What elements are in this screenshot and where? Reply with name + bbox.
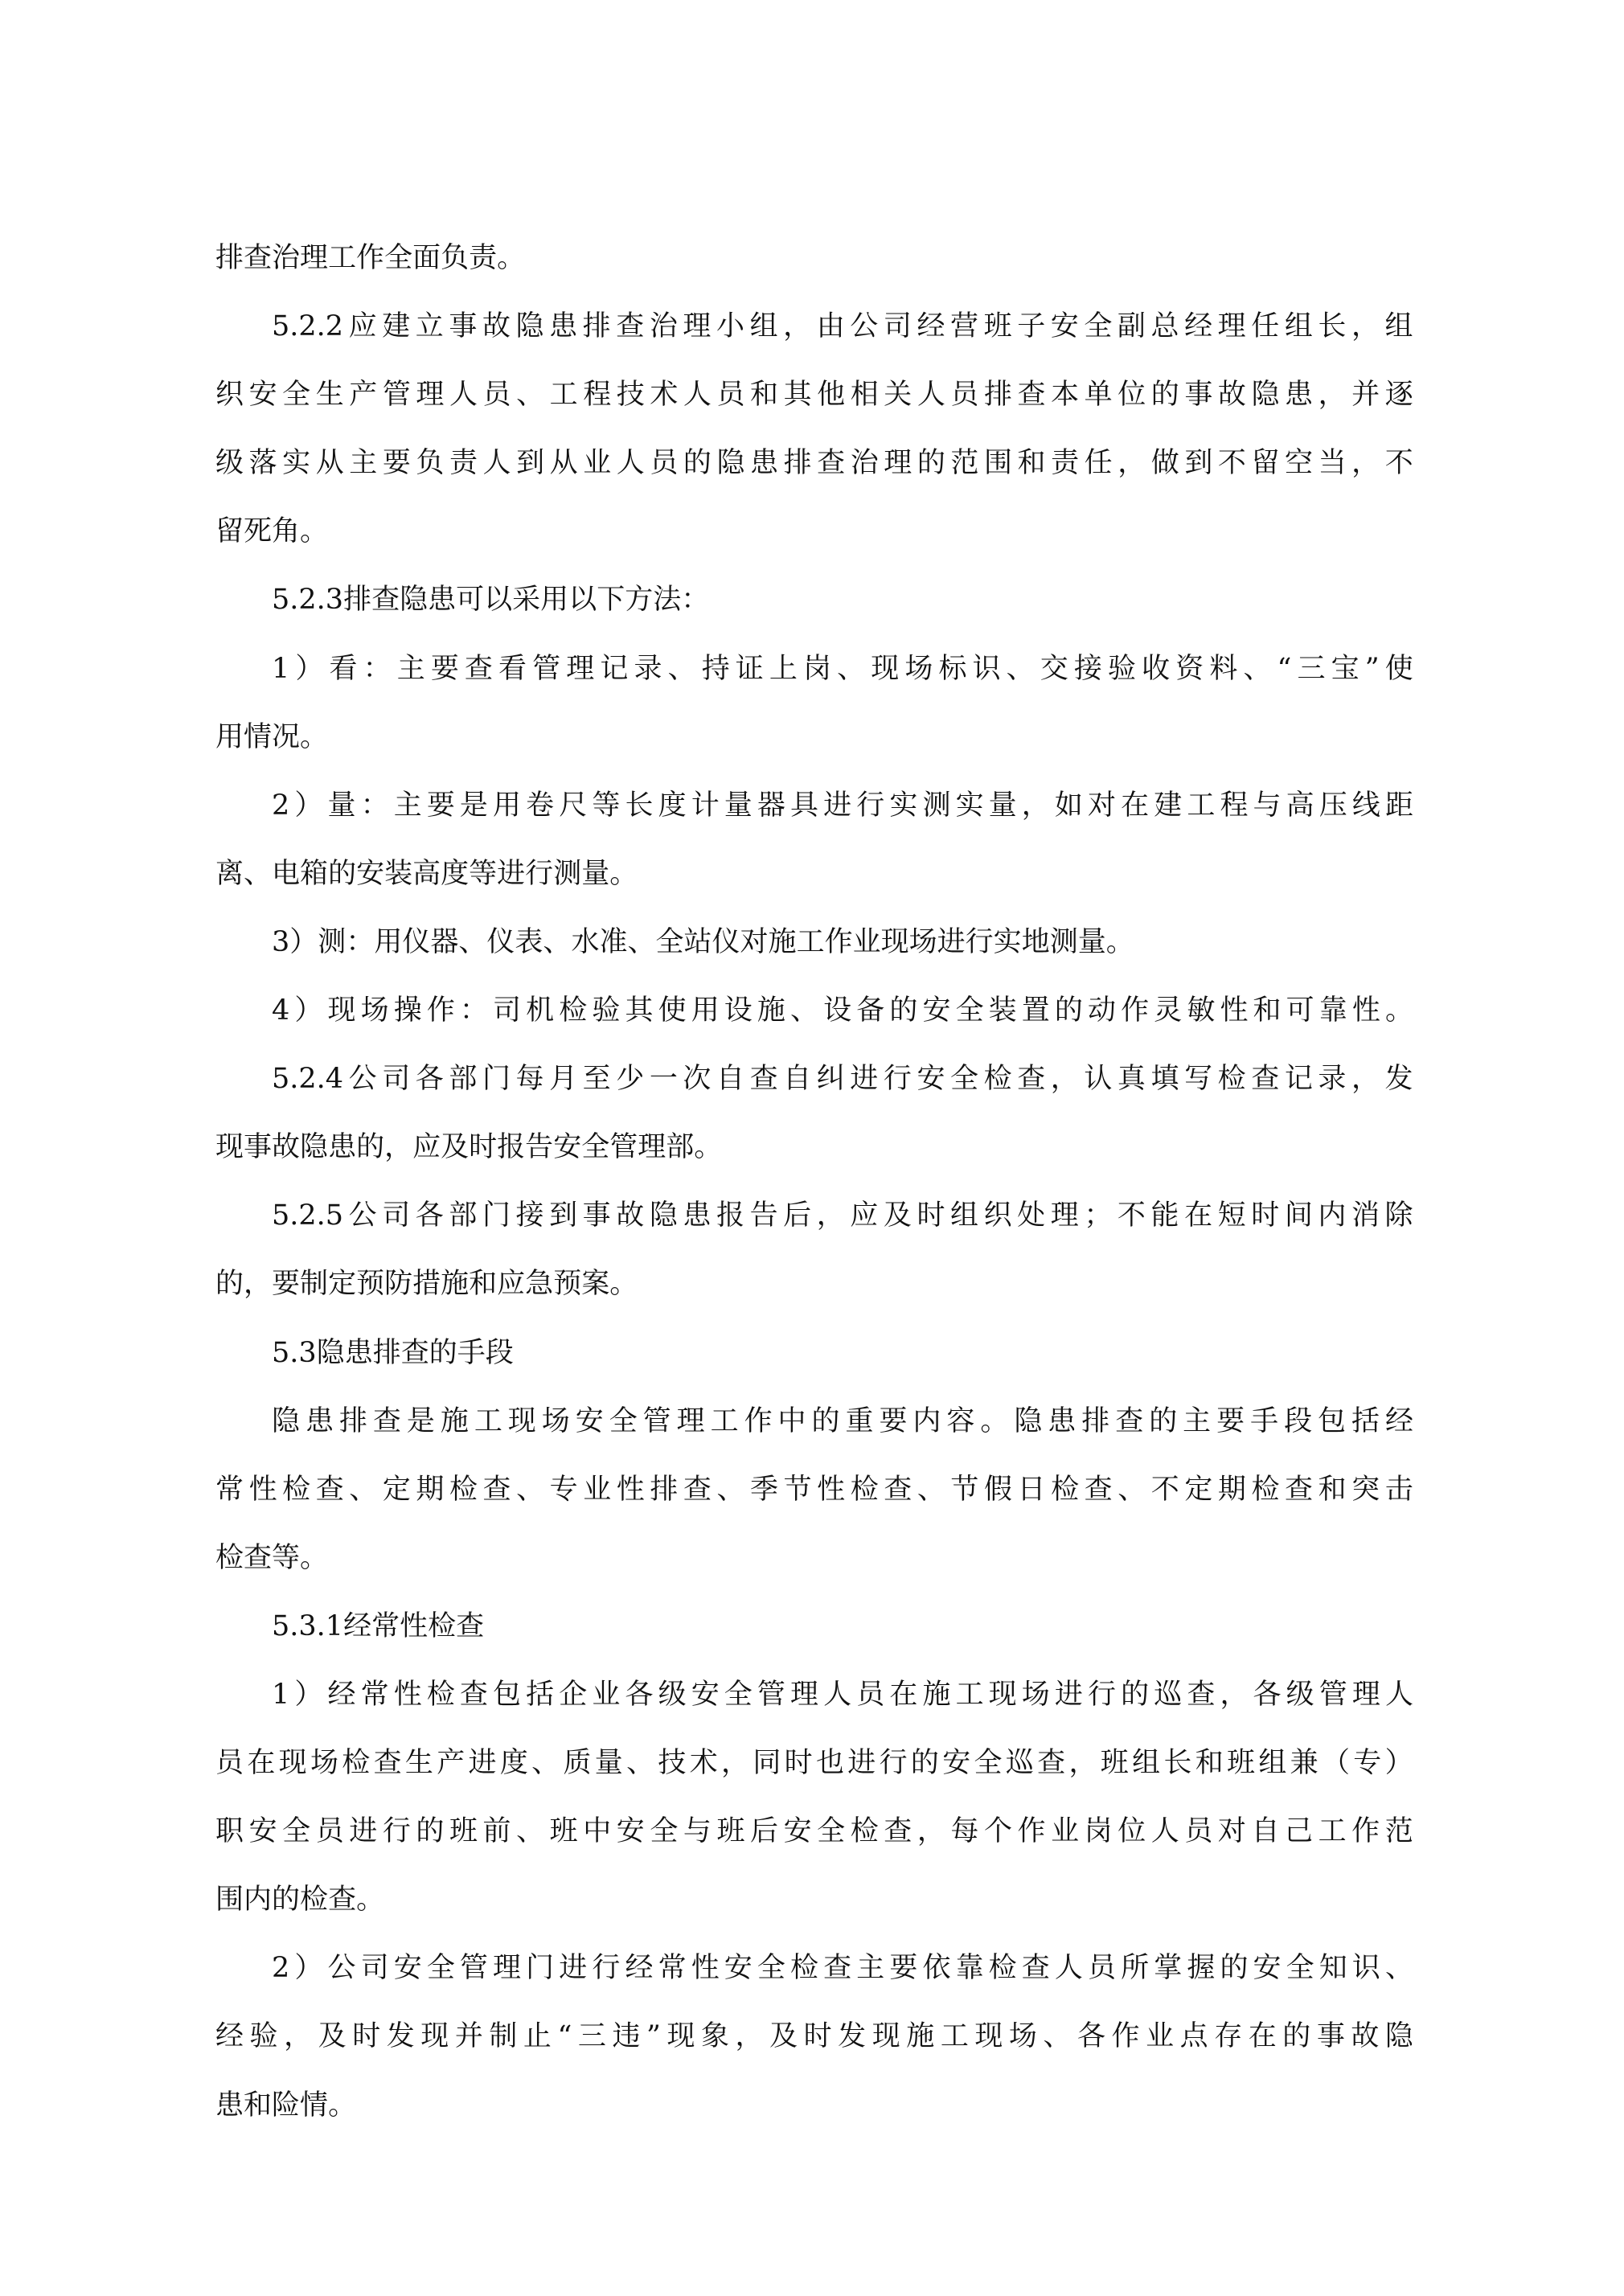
glyph: 自 [716, 1054, 744, 1122]
glyph: 量 [724, 781, 753, 849]
glyph: 部 [666, 1122, 694, 1191]
glyph: 术 [690, 1738, 718, 1806]
glyph: 隐 [1014, 1396, 1042, 1465]
glyph: 、 [837, 644, 865, 712]
glyph: 进 [1055, 1670, 1083, 1738]
glyph: 的 [917, 438, 945, 506]
glyph: 工 [550, 370, 578, 438]
glyph: 施 [922, 1670, 950, 1738]
glyph: 隐 [716, 438, 744, 506]
glyph: 查 [316, 1465, 344, 1533]
glyph: 是 [460, 781, 488, 849]
glyph: 实 [956, 781, 984, 849]
glyph: 仪 [486, 917, 515, 986]
glyph: 5.3.1 [272, 1601, 343, 1670]
glyph: 安 [249, 1806, 277, 1875]
glyph: 记 [1285, 1054, 1313, 1122]
glyph: 进 [497, 849, 525, 917]
glyph: 业 [583, 1465, 611, 1533]
glyph: 查 [374, 1738, 402, 1806]
glyph: 机 [526, 986, 554, 1054]
glyph: 实 [889, 781, 917, 849]
glyph: 患 [306, 1396, 334, 1465]
glyph: 排 [784, 438, 812, 506]
glyph: 时 [917, 1191, 945, 1259]
glyph: 场 [310, 1738, 338, 1806]
glyph: 内 [912, 1396, 941, 1465]
glyph: 患 [428, 575, 456, 643]
glyph: 以 [484, 575, 512, 643]
glyph: 验 [250, 2011, 278, 2080]
glyph: 。 [694, 1122, 722, 1191]
glyph: 宝 [1331, 644, 1359, 712]
glyph: 纠 [817, 1054, 845, 1122]
glyph: 到 [549, 1191, 577, 1259]
glyph: 作 [1351, 1806, 1380, 1875]
glyph: 三 [578, 2011, 606, 2080]
glyph: 各 [1253, 1670, 1282, 1738]
text-line: 织安全生产管理人员、工程技术人员和其他相关人员排查本单位的事故隐患，并逐 [215, 370, 1413, 438]
glyph: ， [917, 1806, 945, 1875]
glyph: 的 [1149, 1396, 1177, 1465]
glyph: 检 [1251, 1465, 1279, 1533]
list-item-line: 4）现场操作：司机检验其使用设施、设备的安全装置的动作灵敏性和可靠性。 [215, 986, 1413, 1054]
glyph: 使 [658, 986, 687, 1054]
glyph: 检 [559, 986, 587, 1054]
glyph: 和 [1318, 1465, 1347, 1533]
glyph: “ [557, 2011, 572, 2080]
text-line: 隐患排查是施工现场安全管理工作中的重要内容。隐患排查的主要手段包括经 [215, 1396, 1413, 1465]
glyph: 查 [683, 1465, 712, 1533]
glyph: 现 [871, 644, 899, 712]
glyph: ： [346, 917, 374, 986]
glyph: 接 [1074, 644, 1102, 712]
glyph: 班 [1101, 1738, 1129, 1806]
glyph: 副 [1118, 301, 1146, 370]
glyph: ， [244, 1259, 272, 1327]
glyph: 死 [244, 506, 272, 575]
glyph: 备 [856, 986, 884, 1054]
glyph: 存 [1214, 2011, 1242, 2080]
glyph: 真 [1118, 1054, 1146, 1122]
section-heading: 5.3隐患排查的手段 [215, 1328, 1413, 1396]
glyph: 前 [483, 1806, 511, 1875]
glyph: 作 [1121, 986, 1149, 1054]
glyph: ” [1365, 644, 1380, 712]
glyph: 查 [373, 1396, 401, 1465]
text-line: 留死角。 [215, 506, 1413, 575]
glyph: 空 [1285, 438, 1313, 506]
glyph: 技 [658, 1738, 686, 1806]
glyph: 主 [394, 781, 422, 849]
glyph: 、 [668, 644, 696, 712]
glyph: ， [736, 2011, 764, 2080]
glyph: 不 [1151, 1465, 1179, 1533]
glyph: 巡 [1006, 1738, 1034, 1806]
glyph: 患 [1285, 370, 1313, 438]
glyph: 理 [638, 1122, 666, 1191]
glyph: 违 [612, 2011, 640, 2080]
glyph: 准 [599, 917, 627, 986]
glyph: 各 [1077, 2011, 1105, 2080]
list-item-line: 2）公司安全管理门进行经常性安全检查主要依靠检查人员所掌握的安全知识、 [215, 1943, 1413, 2011]
glyph: 不 [1118, 1191, 1146, 1259]
glyph: 认 [1084, 1054, 1112, 1122]
glyph: 全 [609, 1396, 638, 1465]
glyph: 场 [542, 1396, 570, 1465]
glyph: ， [783, 301, 811, 370]
glyph: 面 [412, 233, 441, 301]
glyph: 所 [1121, 1943, 1149, 2011]
glyph: 故 [482, 301, 511, 370]
glyph: 4 [272, 986, 289, 1054]
glyph: 安 [617, 1806, 645, 1875]
glyph: 建 [1154, 781, 1182, 849]
glyph: 靠 [1319, 986, 1347, 1054]
glyph: 作 [744, 1396, 773, 1465]
glyph: 和 [469, 1259, 497, 1327]
glyph: 写 [1184, 1054, 1212, 1122]
glyph: ， [1118, 438, 1146, 506]
glyph: 案 [581, 1259, 609, 1327]
glyph: 进 [937, 917, 966, 986]
glyph: 、 [1007, 644, 1035, 712]
glyph: 、 [543, 917, 571, 986]
glyph: 、 [516, 1465, 544, 1533]
glyph: 靠 [956, 1943, 984, 2011]
glyph: 实 [282, 438, 310, 506]
glyph: 。 [609, 1259, 638, 1327]
glyph: 责 [449, 438, 478, 506]
glyph: 具 [790, 781, 818, 849]
glyph: 长 [625, 781, 653, 849]
text-line: 职安全员进行的班前、班中安全与班后安全检查，每个作业岗位人员对自己工作范 [215, 1806, 1413, 1875]
glyph: 尺 [559, 781, 587, 849]
glyph: 。 [328, 2081, 356, 2149]
glyph: 和 [1018, 438, 1046, 506]
glyph: 等 [592, 781, 620, 849]
glyph: 行 [966, 917, 994, 986]
glyph: 隐 [317, 1328, 345, 1396]
glyph: 的 [911, 1738, 939, 1806]
glyph: ， [284, 2011, 312, 2080]
glyph: 施 [441, 1259, 469, 1327]
glyph: 理 [1352, 1670, 1380, 1738]
list-item-line: 1）经常性检查包括企业各级安全管理人员在施工现场进行的巡查，各级管理人 [215, 1670, 1413, 1738]
glyph: 段 [1284, 1396, 1312, 1465]
glyph: 以 [568, 575, 597, 643]
glyph: 检 [342, 1738, 370, 1806]
glyph: 。 [1385, 986, 1413, 1054]
glyph: 对 [740, 917, 769, 986]
glyph: 员 [1184, 1806, 1212, 1875]
glyph: 人 [683, 370, 712, 438]
glyph: 排 [339, 1396, 367, 1465]
glyph: 组 [1132, 1738, 1160, 1806]
glyph: 告 [525, 1122, 553, 1191]
glyph: 、 [790, 986, 818, 1054]
glyph: 对 [1218, 1806, 1246, 1875]
glyph: 逐 [1385, 370, 1413, 438]
glyph: 发 [387, 2011, 415, 2080]
glyph: 。 [1106, 917, 1134, 986]
glyph: 、 [458, 917, 486, 986]
glyph: 施 [769, 917, 797, 986]
glyph: 己 [1285, 1806, 1313, 1875]
glyph: 主 [349, 438, 377, 506]
glyph: 度 [441, 849, 469, 917]
glyph: 至 [583, 1054, 611, 1122]
glyph: 间 [1285, 1191, 1313, 1259]
glyph: 安 [922, 986, 950, 1054]
glyph: 进 [850, 1054, 878, 1122]
glyph: 场 [1009, 2011, 1037, 2080]
glyph: 离 [215, 849, 244, 917]
glyph: 的 [1282, 2011, 1310, 2080]
glyph: 班 [716, 1806, 744, 1875]
glyph: 现 [215, 1122, 244, 1191]
glyph: ， [384, 1122, 412, 1191]
glyph: 产 [349, 370, 377, 438]
glyph: 段 [486, 1328, 514, 1396]
glyph: 用 [540, 575, 568, 643]
glyph: 行 [383, 1806, 411, 1875]
glyph: 期 [1218, 1465, 1246, 1533]
glyph: 应 [412, 1122, 441, 1191]
glyph: 电 [272, 849, 300, 917]
glyph: 安 [249, 370, 277, 438]
glyph: 装 [989, 986, 1017, 1054]
glyph: 击 [1385, 1465, 1413, 1533]
glyph: 1 [272, 1670, 289, 1738]
glyph: 敏 [1187, 986, 1215, 1054]
glyph: 制 [300, 1259, 328, 1327]
glyph: 装 [384, 849, 412, 917]
glyph: 到 [1184, 438, 1212, 506]
glyph: 标 [938, 644, 966, 712]
glyph: 假 [984, 1465, 1012, 1533]
glyph: 量 [1078, 917, 1106, 986]
body-text: 排查治理工作全面负责。 5.2.2应建立事故隐患排查治理小组，由公司经营班子安全… [215, 233, 1413, 2149]
glyph: 节 [950, 1465, 978, 1533]
glyph: 作 [1112, 2011, 1140, 2080]
glyph: 落 [249, 438, 277, 506]
glyph: 及 [884, 1191, 912, 1259]
glyph: 使 [1385, 644, 1413, 712]
glyph: ， [1351, 438, 1380, 506]
glyph: 用 [691, 986, 720, 1054]
glyph: 查 [884, 1465, 912, 1533]
glyph: 实 [994, 917, 1022, 986]
glyph: ， [721, 1738, 749, 1806]
glyph: 查 [1018, 370, 1046, 438]
glyph: 检 [851, 1806, 879, 1875]
glyph: 收 [1142, 644, 1170, 712]
glyph: 理 [300, 233, 328, 301]
glyph: 员 [950, 370, 978, 438]
glyph: 长 [1163, 1738, 1191, 1806]
glyph: 理 [884, 438, 912, 506]
glyph: 作 [825, 917, 853, 986]
glyph: 掌 [1154, 1943, 1182, 2011]
glyph: 的 [1121, 1670, 1149, 1738]
glyph: 小 [716, 301, 744, 370]
glyph: 的 [1220, 1943, 1248, 2011]
glyph: 识 [973, 644, 1001, 712]
glyph: 作 [427, 986, 455, 1054]
glyph: 预 [553, 1259, 581, 1327]
glyph: 业 [1051, 1806, 1079, 1875]
glyph: 、 [349, 1465, 377, 1533]
glyph: 验 [1108, 644, 1136, 712]
glyph: ： [460, 986, 488, 1054]
glyph: 责 [1051, 438, 1079, 506]
glyph: 验 [592, 986, 620, 1054]
glyph: 全 [650, 1806, 678, 1875]
glyph: 行 [856, 781, 884, 849]
glyph: 检 [282, 1465, 310, 1533]
glyph: 全 [757, 1943, 785, 2011]
glyph: 长 [1318, 301, 1346, 370]
glyph: 主 [397, 644, 425, 712]
glyph: 工 [328, 233, 356, 301]
glyph: 上 [769, 644, 798, 712]
glyph: 应 [850, 1191, 878, 1259]
glyph: 作 [1018, 1806, 1046, 1875]
glyph: ， [1051, 1054, 1079, 1122]
glyph: 患 [328, 1122, 356, 1191]
glyph: 。 [300, 1533, 328, 1601]
glyph: 可 [1286, 986, 1314, 1054]
glyph: ， [1351, 1054, 1380, 1122]
glyph: 门 [526, 1943, 554, 2011]
glyph: 性 [691, 1943, 720, 2011]
glyph: 隐 [272, 1396, 300, 1465]
glyph: 点 [1180, 2011, 1208, 2080]
glyph: 其 [625, 986, 653, 1054]
glyph: 巡 [1154, 1670, 1182, 1738]
glyph: 排 [343, 575, 371, 643]
glyph: 主 [1183, 1396, 1211, 1465]
glyph: 故 [616, 1191, 644, 1259]
glyph: 录 [634, 644, 662, 712]
glyph: 人 [823, 1670, 851, 1738]
glyph: 范 [1385, 1806, 1413, 1875]
glyph: 司 [382, 1054, 410, 1122]
glyph: 班 [984, 301, 1012, 370]
glyph: 隐 [400, 575, 428, 643]
glyph: 门 [482, 1054, 511, 1122]
glyph: 同 [753, 1738, 781, 1806]
glyph: 括 [526, 1670, 554, 1738]
glyph: 治 [851, 438, 879, 506]
glyph: 场 [361, 986, 389, 1054]
glyph: 留 [215, 506, 244, 575]
glyph: 位 [1118, 1806, 1146, 1875]
text-line: 5.2.4公司各部门每月至少一次自查自纠进行安全检查，认真填写检查记录，发 [215, 1054, 1413, 1122]
glyph: 人 [483, 438, 511, 506]
glyph: 和 [1253, 986, 1282, 1054]
glyph: 人 [1055, 1943, 1083, 2011]
glyph: 。 [356, 1875, 384, 1943]
glyph: 公 [327, 1943, 355, 2011]
glyph: 行 [1088, 1670, 1116, 1738]
glyph: 门 [482, 1191, 511, 1259]
glyph: 性 [394, 1670, 422, 1738]
glyph: 定 [383, 1465, 411, 1533]
glyph: 现 [508, 1396, 536, 1465]
glyph: ） [294, 1943, 322, 2011]
glyph: 况 [272, 712, 300, 781]
text-line: 用情况。 [215, 712, 1413, 781]
glyph: 建 [382, 301, 410, 370]
glyph: 现 [974, 2011, 1003, 2080]
glyph: 查 [465, 644, 493, 712]
glyph: 三 [1298, 644, 1326, 712]
glyph: 位 [1118, 370, 1146, 438]
glyph: 安 [553, 1122, 581, 1191]
glyph: ” [646, 2011, 661, 2080]
glyph: 采 [512, 575, 540, 643]
glyph: 依 [922, 1943, 950, 2011]
glyph: 理 [677, 1396, 705, 1465]
glyph: 行 [592, 1943, 620, 2011]
glyph: 经 [327, 1670, 355, 1738]
glyph: 季 [750, 1465, 778, 1533]
glyph: 方 [625, 575, 653, 643]
glyph: 预 [356, 1259, 384, 1327]
glyph: 2 [272, 781, 289, 849]
glyph: 要 [879, 1396, 907, 1465]
glyph: 业 [592, 1670, 620, 1738]
glyph: 查 [817, 438, 845, 506]
glyph: 突 [1351, 1465, 1380, 1533]
glyph: 任 [1085, 438, 1113, 506]
glyph: 查 [328, 1875, 356, 1943]
glyph: 度 [500, 1738, 528, 1806]
glyph: 查 [244, 1533, 272, 1601]
glyph: 查 [1115, 1396, 1143, 1465]
glyph: 性 [817, 1465, 845, 1533]
glyph: 站 [684, 917, 712, 986]
glyph: 进 [559, 1943, 587, 2011]
glyph: 责 [469, 233, 497, 301]
glyph: 全 [427, 1943, 455, 2011]
glyph: ） [294, 781, 322, 849]
section-heading: 5.3.1经常性检查 [215, 1601, 1413, 1670]
glyph: 短 [1218, 1191, 1246, 1259]
glyph: 患 [750, 438, 778, 506]
glyph: 应 [349, 301, 377, 370]
glyph: 定 [328, 1259, 356, 1327]
glyph: 进 [469, 1738, 497, 1806]
glyph: 经 [1385, 1396, 1413, 1465]
glyph: 时 [804, 2011, 832, 2080]
glyph: 患 [215, 2081, 244, 2149]
glyph: 、 [917, 1465, 945, 1533]
glyph: 置 [1022, 986, 1050, 1054]
glyph: 记 [600, 644, 628, 712]
glyph: 事 [1317, 2011, 1345, 2080]
glyph: 时 [469, 1122, 497, 1191]
glyph: 排 [215, 233, 244, 301]
glyph: 各 [416, 1054, 444, 1122]
glyph: 员 [215, 1738, 244, 1806]
glyph: 各 [416, 1191, 444, 1259]
glyph: 全 [581, 1122, 609, 1191]
glyph: 常 [658, 1943, 687, 2011]
glyph: 查 [750, 1054, 778, 1122]
